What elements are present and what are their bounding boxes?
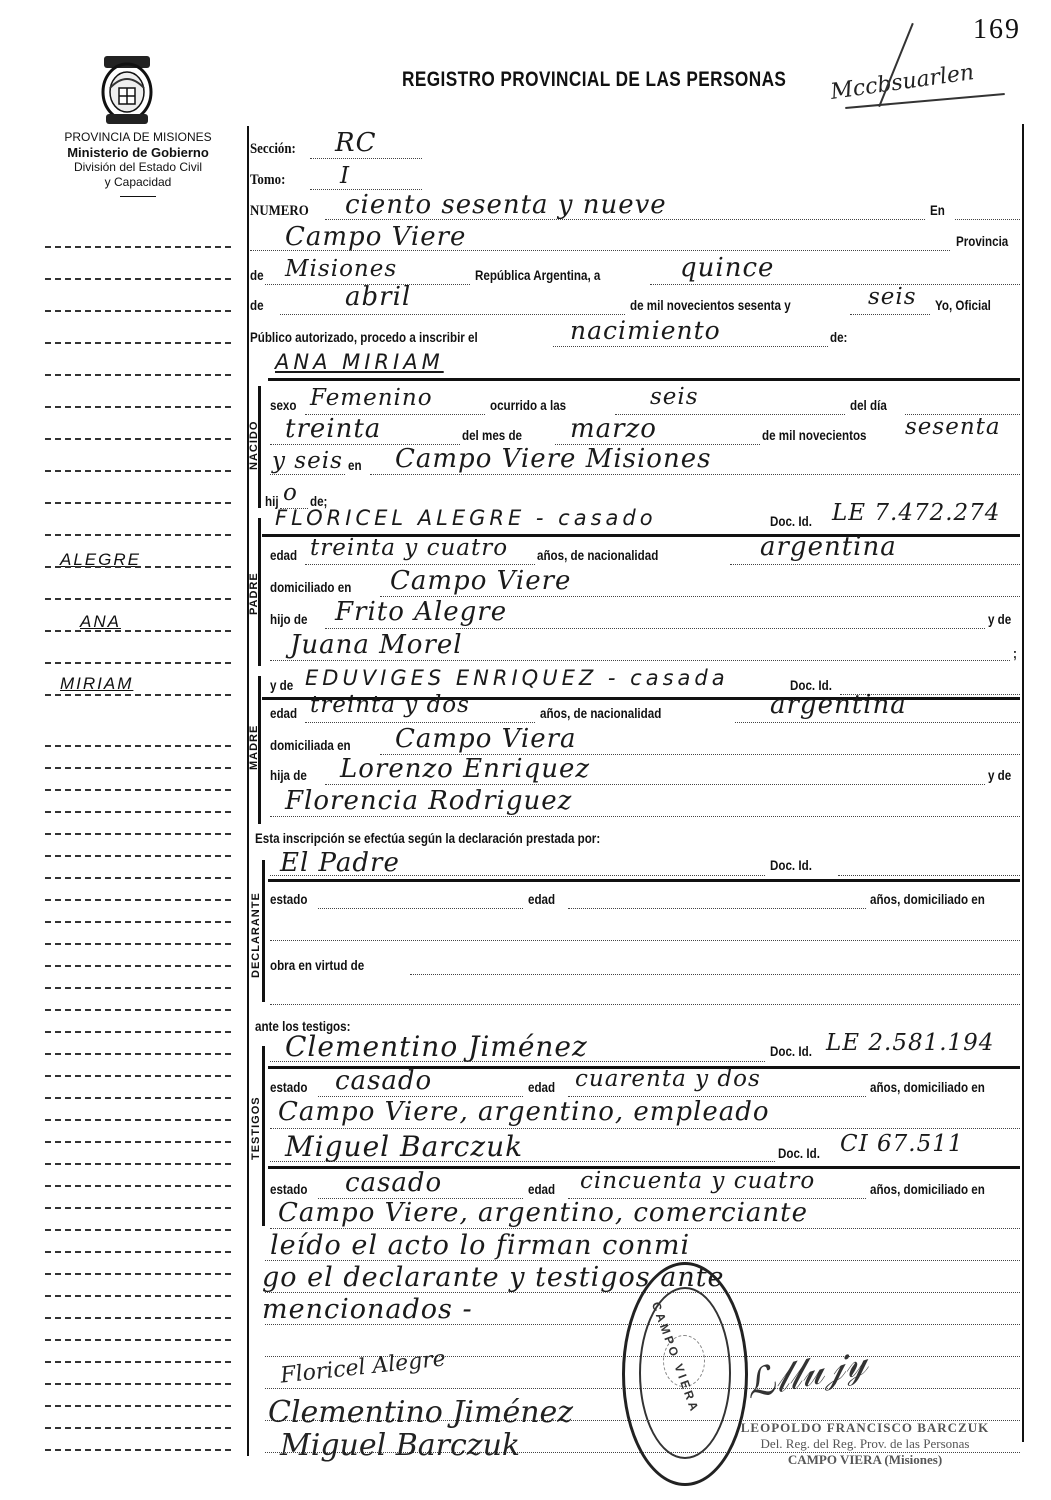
- section-nacido: NACIDO: [248, 421, 260, 470]
- margin-line: [45, 1317, 231, 1319]
- testigo2-edad: cincuenta y cuatro: [580, 1168, 815, 1194]
- margin-line: [45, 1339, 231, 1341]
- margin-line: [45, 833, 231, 835]
- label-semicolon: ;: [1013, 646, 1017, 661]
- label-seccion: Sección:: [250, 141, 296, 158]
- margin-line: [45, 502, 231, 504]
- margin-line: [45, 789, 231, 791]
- margin-line: [45, 1075, 231, 1077]
- margin-line: [45, 1141, 231, 1143]
- margin-line: [45, 1119, 231, 1121]
- field-line: [730, 564, 1020, 565]
- field-line: [280, 314, 625, 315]
- padre-y-de: Juana Morel: [290, 630, 463, 660]
- field-numero: ciento sesenta y nueve: [345, 190, 667, 220]
- province-name: PROVINCIA DE MISIONES: [40, 130, 236, 145]
- margin-note-name2: MIRIAM: [60, 674, 220, 694]
- field-line: [568, 908, 866, 909]
- margin-line: [45, 1097, 231, 1099]
- margin-line: [45, 1009, 231, 1011]
- label-edad: edad: [270, 548, 297, 563]
- field-mes-nac: marzo: [570, 414, 657, 444]
- field-line: [325, 628, 985, 629]
- section-bar: [262, 860, 265, 1002]
- margin-line: [45, 662, 231, 664]
- document-title: REGISTRO PROVINCIAL DE LAS PERSONAS: [402, 68, 786, 92]
- label-edad: edad: [528, 892, 555, 907]
- margin-line: [45, 406, 231, 408]
- coat-of-arms-icon: [98, 52, 156, 128]
- ministry-name: Ministerio de Gobierno: [40, 145, 236, 160]
- field-dia-registro: quince: [680, 253, 774, 283]
- officer-stamp: LEOPOLDO FRANCISCO BARCZUK Del. Reg. del…: [735, 1420, 995, 1468]
- padre-nacionalidad: argentina: [760, 532, 897, 562]
- label-republica: República Argentina, a: [475, 268, 600, 283]
- field-line: [270, 1161, 775, 1162]
- label-provincia: Provincia: [956, 234, 1008, 249]
- padre-domicilio: Campo Viere: [390, 566, 571, 596]
- field-mes-registro: abril: [345, 282, 411, 312]
- division-name: División del Estado Civil: [40, 160, 236, 175]
- officer-location: CAMPO VIERA (Misiones): [735, 1452, 995, 1468]
- field-line: [270, 660, 1010, 661]
- madre-y-de: Florencia Rodriguez: [285, 786, 572, 816]
- margin-line: [45, 598, 231, 600]
- margin-line: [45, 1229, 231, 1231]
- field-line: [325, 784, 985, 785]
- label-de-mil-sesenta: de mil novecientos sesenta y: [630, 298, 791, 313]
- section-padre: PADRE: [248, 572, 260, 615]
- padre-nombre: FLORICEL ALEGRE - casado: [275, 506, 657, 530]
- label-ocurrido: ocurrido a las: [490, 398, 566, 413]
- margin-line: [45, 278, 231, 280]
- label-estado: estado: [270, 1182, 307, 1197]
- margin-note-name1: ANA: [80, 612, 240, 632]
- label-doc-id: Doc. Id.: [770, 514, 812, 529]
- label-domiciliada: domiciliada en: [270, 738, 351, 753]
- label-en: En: [930, 203, 945, 218]
- stamp-text: DIRECCION GENERAL DEL REGISTRO PROV. DE …: [0, 0, 1, 1]
- label-obra-virtud: obra en virtud de: [270, 958, 364, 973]
- label-de: de: [250, 298, 264, 313]
- field-line: [270, 1061, 765, 1062]
- label-anos-domiciliado: años, domiciliado en: [870, 892, 985, 907]
- margin-line: [45, 1405, 231, 1407]
- declarante-nombre: El Padre: [280, 848, 400, 878]
- field-line: [270, 940, 1020, 941]
- margin-line: [45, 855, 231, 857]
- margin-line: [45, 1185, 231, 1187]
- main-right-border: [1022, 124, 1024, 1442]
- label-esta-inscripcion: Esta inscripción se efectúa según la dec…: [255, 831, 600, 846]
- padre-doc-id: LE 7.472.274: [832, 500, 1000, 526]
- label-domiciliado: domiciliado en: [270, 580, 351, 595]
- testigo1-nombre: Clementino Jiménez: [285, 1030, 588, 1063]
- margin-line: [45, 246, 231, 248]
- field-line: [838, 875, 1020, 876]
- field-line: [270, 1004, 1020, 1005]
- field-acto: nacimiento: [570, 316, 721, 345]
- testigo2-estado: casado: [345, 1168, 442, 1198]
- issuing-authority: PROVINCIA DE MISIONES Ministerio de Gobi…: [40, 130, 236, 197]
- field-line: [370, 474, 1020, 475]
- label-doc-id: Doc. Id.: [778, 1146, 820, 1161]
- closing-line-3: mencionados -: [262, 1294, 473, 1325]
- testigo1-estado: casado: [335, 1066, 432, 1096]
- label-de: de: [250, 268, 264, 283]
- margin-line: [45, 745, 231, 747]
- testigo1-edad: cuarenta y dos: [575, 1066, 761, 1092]
- stamp-outer-text: DIRECCION GENERAL DEL REGISTRO PROV. DE …: [0, 0, 1, 1]
- field-lugar-nac: Campo Viere Misiones: [395, 444, 711, 474]
- field-sexo: Femenino: [310, 385, 433, 411]
- label-del-mes: del mes de: [462, 428, 522, 443]
- field-anio-nac-2: y seis: [272, 448, 343, 474]
- madre-hija-de: Lorenzo Enriquez: [340, 754, 590, 784]
- testigo1-domicilio: Campo Viere, argentino, empleado: [278, 1097, 770, 1127]
- field-line: [270, 816, 1020, 817]
- margin-line: [45, 921, 231, 923]
- madre-nombre: EDUVIGES ENRIQUEZ - casada: [305, 666, 729, 690]
- label-edad: edad: [528, 1080, 555, 1095]
- margin-line: [45, 1251, 231, 1253]
- label-doc-id: Doc. Id.: [770, 1044, 812, 1059]
- label-tomo: Tomo:: [250, 172, 285, 189]
- officer-name: LEOPOLDO FRANCISCO BARCZUK: [735, 1420, 995, 1436]
- label-y-de: y de: [988, 768, 1011, 783]
- field-hora: seis: [650, 384, 699, 410]
- margin-line: [45, 943, 231, 945]
- testigo2-nombre: Miguel Barczuk: [285, 1130, 523, 1163]
- margin-line: [45, 1427, 231, 1429]
- margin-line: [45, 1449, 231, 1451]
- margin-line: [45, 1163, 231, 1165]
- margin-line: [45, 811, 231, 813]
- margin-line: [45, 310, 231, 312]
- margin-line: [45, 566, 231, 568]
- testigo2-domicilio: Campo Viere, argentino, comerciante: [278, 1198, 808, 1228]
- label-estado: estado: [270, 892, 307, 907]
- field-hij-suffix: o: [283, 480, 298, 506]
- margin-line: [45, 965, 231, 967]
- page-number: 169: [973, 14, 1021, 46]
- label-de-mil-novecientos: de mil novecientos: [762, 428, 867, 443]
- label-publico: Público autorizado, procedo a inscribir …: [250, 330, 478, 345]
- margin-line: [45, 877, 231, 879]
- section-testigos: TESTIGOS: [250, 1096, 262, 1160]
- closing-line-1: leído el acto lo firman conmi: [270, 1230, 690, 1261]
- margin-line: [45, 374, 231, 376]
- label-estado: estado: [270, 1080, 307, 1095]
- division-name-2: y Capacidad: [40, 175, 236, 190]
- label-y-de: y de: [270, 678, 293, 693]
- field-tomo: I: [340, 163, 350, 189]
- field-line: [305, 564, 535, 565]
- field-line: [270, 1228, 1020, 1229]
- label-hija-de: hija de: [270, 768, 307, 783]
- name-rule: [268, 378, 1020, 381]
- field-line: [305, 722, 535, 723]
- field-anio-nac-1: sesenta: [905, 414, 1001, 440]
- padre-hijo-de: Frito Alegre: [335, 597, 507, 627]
- label-anos-nacionalidad: años, de nacionalidad: [537, 548, 658, 563]
- margin-line: [45, 987, 231, 989]
- field-line: [955, 219, 1020, 220]
- padre-edad: treinta y cuatro: [310, 535, 508, 561]
- field-lugar: Campo Viere: [285, 222, 466, 252]
- margin-line: [45, 899, 231, 901]
- margin-line: [45, 1383, 231, 1385]
- label-en: en: [348, 458, 362, 473]
- field-nombre: ANA MIRIAM: [275, 350, 444, 374]
- signature-testigo1: Clementino Jiménez: [268, 1395, 573, 1430]
- declarante-rule: [268, 879, 1020, 882]
- margin-line: [45, 630, 231, 632]
- signature-oficial: ℒ𝓁𝓁𝓊𝒿𝓎: [742, 1338, 872, 1409]
- label-del-dia: del día: [850, 398, 887, 413]
- madre-domicilio: Campo Viera: [395, 724, 577, 754]
- field-line: [553, 346, 828, 347]
- label-edad: edad: [528, 1182, 555, 1197]
- header-rule: [120, 196, 156, 197]
- label-doc-id: Doc. Id.: [770, 858, 812, 873]
- section-bar: [262, 1046, 265, 1226]
- label-de-colon: de:: [830, 330, 847, 345]
- madre-edad: treinta y dos: [310, 692, 470, 718]
- field-line: [410, 974, 1020, 975]
- testigo2-doc-id: CI 67.511: [840, 1131, 963, 1157]
- margin-line: [45, 1295, 231, 1297]
- officer-title: Del. Reg. del Reg. Prov. de las Personas: [735, 1436, 995, 1452]
- label-anos-domiciliado: años, domiciliado en: [870, 1080, 985, 1095]
- margin-line: [45, 1207, 231, 1209]
- field-dia-nac: treinta: [285, 414, 381, 444]
- label-anos-nacionalidad: años, de nacionalidad: [540, 706, 661, 721]
- label-yo-oficial: Yo, Oficial: [935, 298, 991, 313]
- margin-line: [45, 1053, 231, 1055]
- margin-line: [45, 438, 231, 440]
- margin-line: [45, 1361, 231, 1363]
- signature-declarante: Floricel Alegre: [279, 1346, 447, 1388]
- field-line: [850, 314, 930, 315]
- label-hijo-de: hijo de: [270, 612, 307, 627]
- field-line: [650, 284, 1020, 285]
- field-line: [270, 875, 765, 876]
- field-anio-registro: seis: [868, 284, 917, 310]
- field-line: [270, 474, 345, 475]
- margin-line: [45, 694, 231, 696]
- testigo1-doc-id: LE 2.581.194: [826, 1030, 994, 1056]
- field-line: [270, 1128, 1020, 1129]
- margin-line: [45, 767, 231, 769]
- field-line: [310, 158, 422, 159]
- label-numero: NUMERO: [250, 203, 309, 220]
- madre-nacionalidad: argentina: [770, 690, 907, 720]
- field-seccion: RC: [335, 128, 376, 158]
- signature-testigo2: Miguel Barczuk: [280, 1428, 520, 1463]
- margin-line: [45, 1031, 231, 1033]
- label-edad: edad: [270, 706, 297, 721]
- margin-line: [45, 534, 231, 536]
- section-madre: MADRE: [248, 725, 260, 770]
- field-provincia: Misiones: [285, 256, 397, 282]
- label-sexo: sexo: [270, 398, 296, 413]
- label-y-de: y de: [988, 612, 1011, 627]
- margin-line: [45, 1273, 231, 1275]
- label-anos-domiciliado: años, domiciliado en: [870, 1182, 985, 1197]
- main-left-border: [247, 126, 249, 1456]
- margin-line: [45, 470, 231, 472]
- field-line: [318, 908, 523, 909]
- field-line: [735, 722, 1020, 723]
- section-declarante: DECLARANTE: [250, 892, 262, 978]
- margin-line: [45, 342, 231, 344]
